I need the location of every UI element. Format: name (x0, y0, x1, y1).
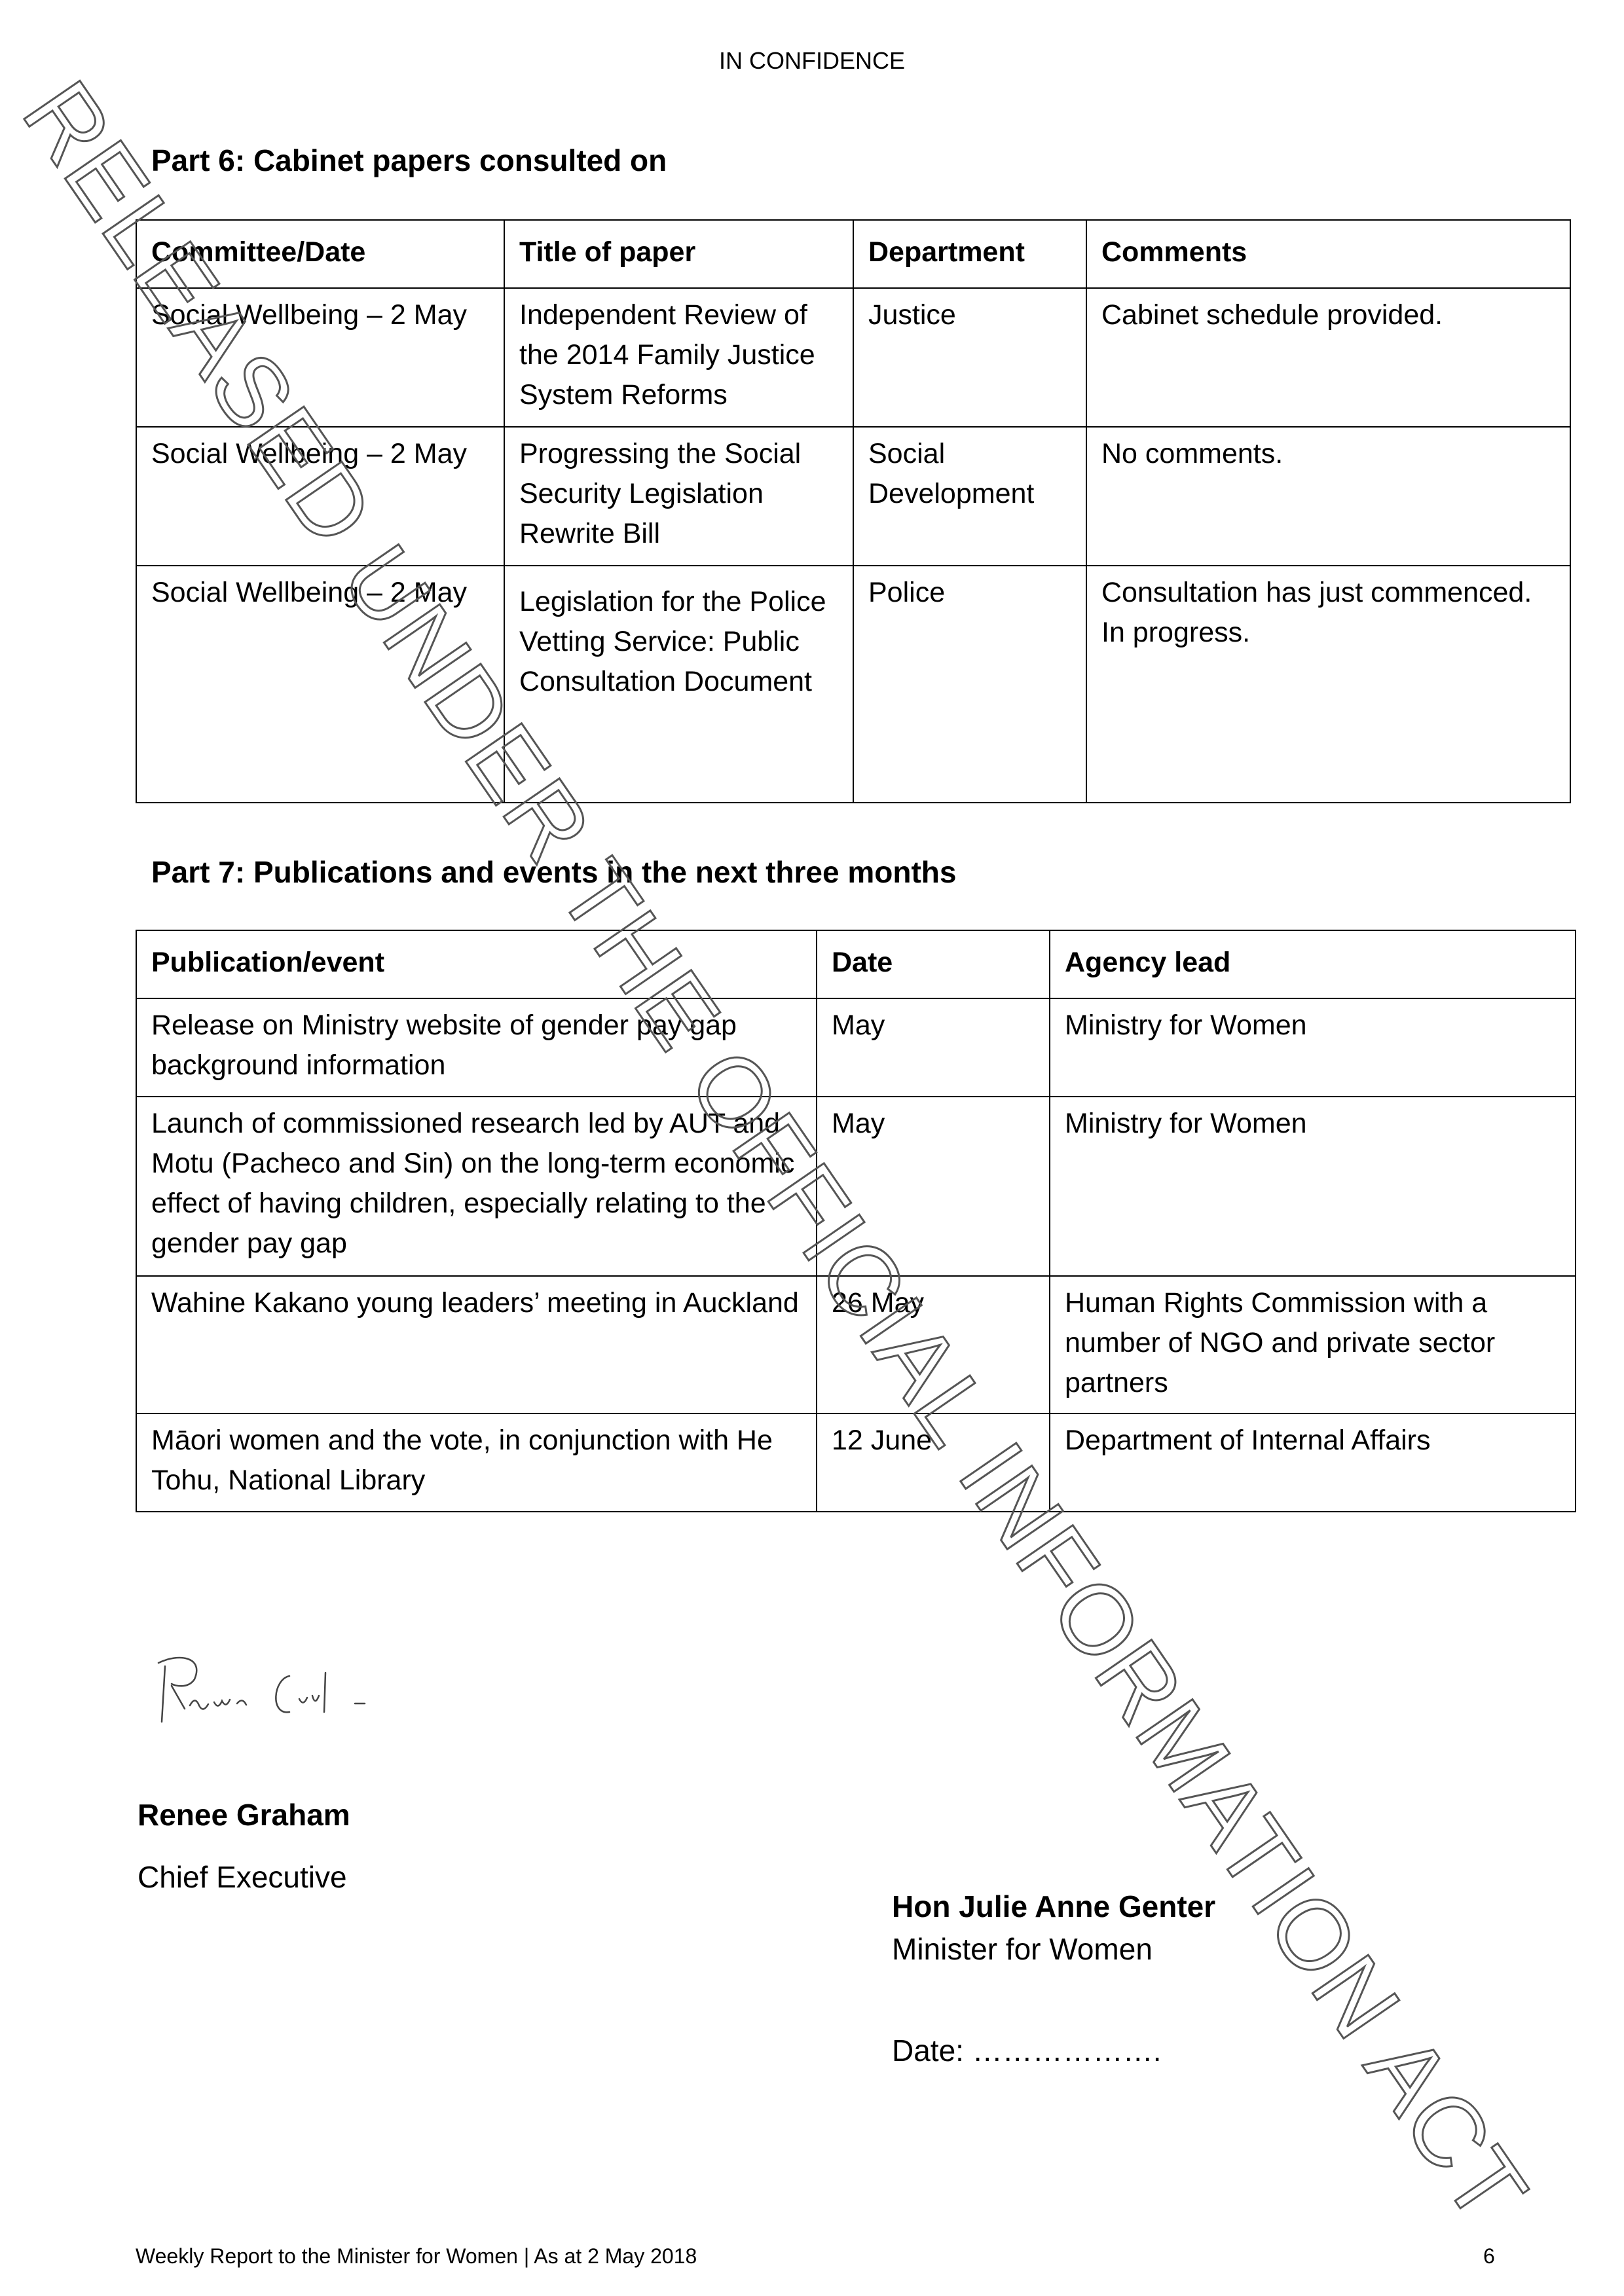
page-number: 6 (1483, 2244, 1495, 2269)
signature-icon (139, 1650, 479, 1735)
cell-date: 12 June (817, 1413, 1050, 1512)
cell-comments: Consultation has just commenced. In prog… (1086, 566, 1570, 803)
cell-agency: Human Rights Commission with a number of… (1050, 1276, 1576, 1413)
table-row: Māori women and the vote, in conjunction… (136, 1413, 1576, 1512)
minister-role: Minister for Women (892, 1931, 1153, 1967)
cell-event: Māori women and the vote, in conjunction… (136, 1413, 817, 1512)
cell-title: Independent Review of the 2014 Family Ju… (504, 288, 853, 427)
column-header-title: Title of paper (504, 220, 853, 288)
minister-date-field: Date: ………………. (892, 2033, 1162, 2068)
part6-title: Part 6: Cabinet papers consulted on (151, 143, 667, 178)
cell-comments: Cabinet schedule provided. (1086, 288, 1570, 427)
chief-executive-name: Renee Graham (138, 1797, 350, 1832)
cell-agency: Ministry for Women (1050, 1097, 1576, 1276)
table-row: Wahine Kakano young leaders’ meeting in … (136, 1276, 1576, 1413)
table-row: Social Wellbeing – 2 May Progressing the… (136, 427, 1570, 566)
cell-department: Police (853, 566, 1086, 803)
cell-date: May (817, 1097, 1050, 1276)
chief-executive-role: Chief Executive (138, 1859, 347, 1895)
table-row: Social Wellbeing – 2 May Legislation for… (136, 566, 1570, 803)
table-row: Release on Ministry website of gender pa… (136, 998, 1576, 1097)
part7-title: Part 7: Publications and events in the n… (151, 854, 956, 890)
cell-department: Justice (853, 288, 1086, 427)
cabinet-papers-table: Committee/Date Title of paper Department… (136, 219, 1571, 803)
column-header-date: Date (817, 930, 1050, 998)
column-header-department: Department (853, 220, 1086, 288)
column-header-committee-date: Committee/Date (136, 220, 504, 288)
cell-comments: No comments. (1086, 427, 1570, 566)
cell-title-text: Legislation for the Police Vetting Servi… (519, 582, 843, 702)
publications-events-table: Publication/event Date Agency lead Relea… (136, 930, 1576, 1512)
cell-committee-date: Social Wellbeing – 2 May (136, 427, 504, 566)
classification-header: IN CONFIDENCE (0, 47, 1624, 75)
cell-agency: Ministry for Women (1050, 998, 1576, 1097)
cell-title: Legislation for the Police Vetting Servi… (504, 566, 853, 803)
cell-event: Release on Ministry website of gender pa… (136, 998, 817, 1097)
cell-event: Launch of commissioned research led by A… (136, 1097, 817, 1276)
column-header-comments: Comments (1086, 220, 1570, 288)
cell-date: 26 May (817, 1276, 1050, 1413)
cell-event: Wahine Kakano young leaders’ meeting in … (136, 1276, 817, 1413)
cell-agency: Department of Internal Affairs (1050, 1413, 1576, 1512)
cell-committee-date: Social Wellbeing – 2 May (136, 288, 504, 427)
table-row: Social Wellbeing – 2 May Independent Rev… (136, 288, 1570, 427)
column-header-publication-event: Publication/event (136, 930, 817, 998)
footer-report-title: Weekly Report to the Minister for Women … (136, 2244, 697, 2269)
table-header-row: Publication/event Date Agency lead (136, 930, 1576, 998)
table-row: Launch of commissioned research led by A… (136, 1097, 1576, 1276)
cell-title: Progressing the Social Security Legislat… (504, 427, 853, 566)
cell-date: May (817, 998, 1050, 1097)
cell-committee-date: Social Wellbeing – 2 May (136, 566, 504, 803)
cell-department: Social Development (853, 427, 1086, 566)
minister-name: Hon Julie Anne Genter (892, 1889, 1215, 1924)
table-header-row: Committee/Date Title of paper Department… (136, 220, 1570, 288)
column-header-agency-lead: Agency lead (1050, 930, 1576, 998)
